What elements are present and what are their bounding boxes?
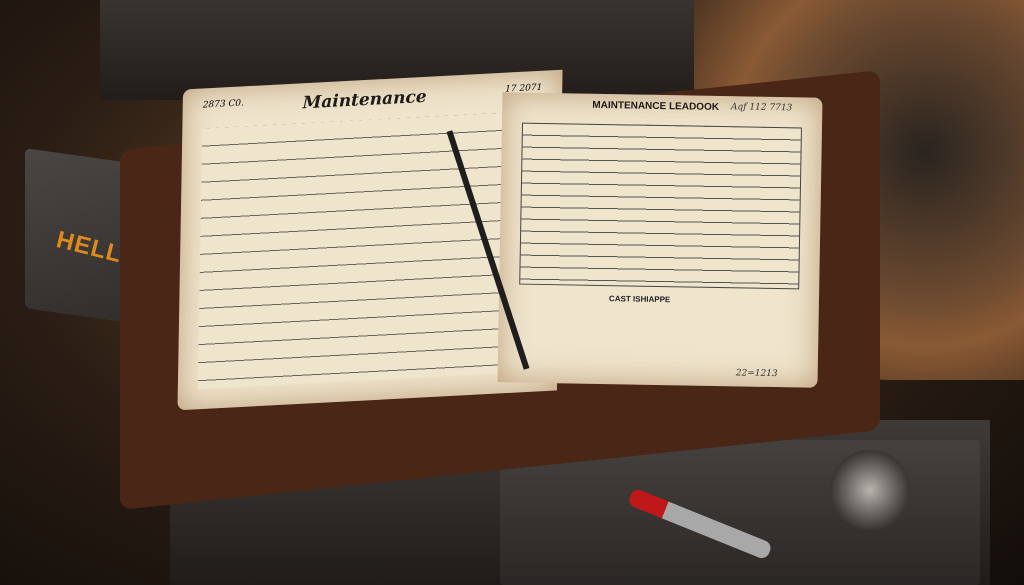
maintenance-table bbox=[519, 123, 802, 290]
right-page-footer-number: 22=1213 bbox=[736, 368, 778, 379]
control-knob bbox=[830, 450, 910, 530]
right-page-date: Aqf 112 7713 bbox=[731, 102, 793, 113]
left-page-number: 2873 C0. bbox=[203, 98, 244, 110]
right-page-title: MAINTENANCE LEADOOK bbox=[592, 100, 719, 113]
left-page-title: Maintenance bbox=[302, 87, 426, 114]
section-label: CAST ISHIAPPE bbox=[609, 294, 670, 304]
logbook-right-page: MAINTENANCE LEADOOK Aqf 112 7713 CAST IS… bbox=[497, 92, 822, 388]
